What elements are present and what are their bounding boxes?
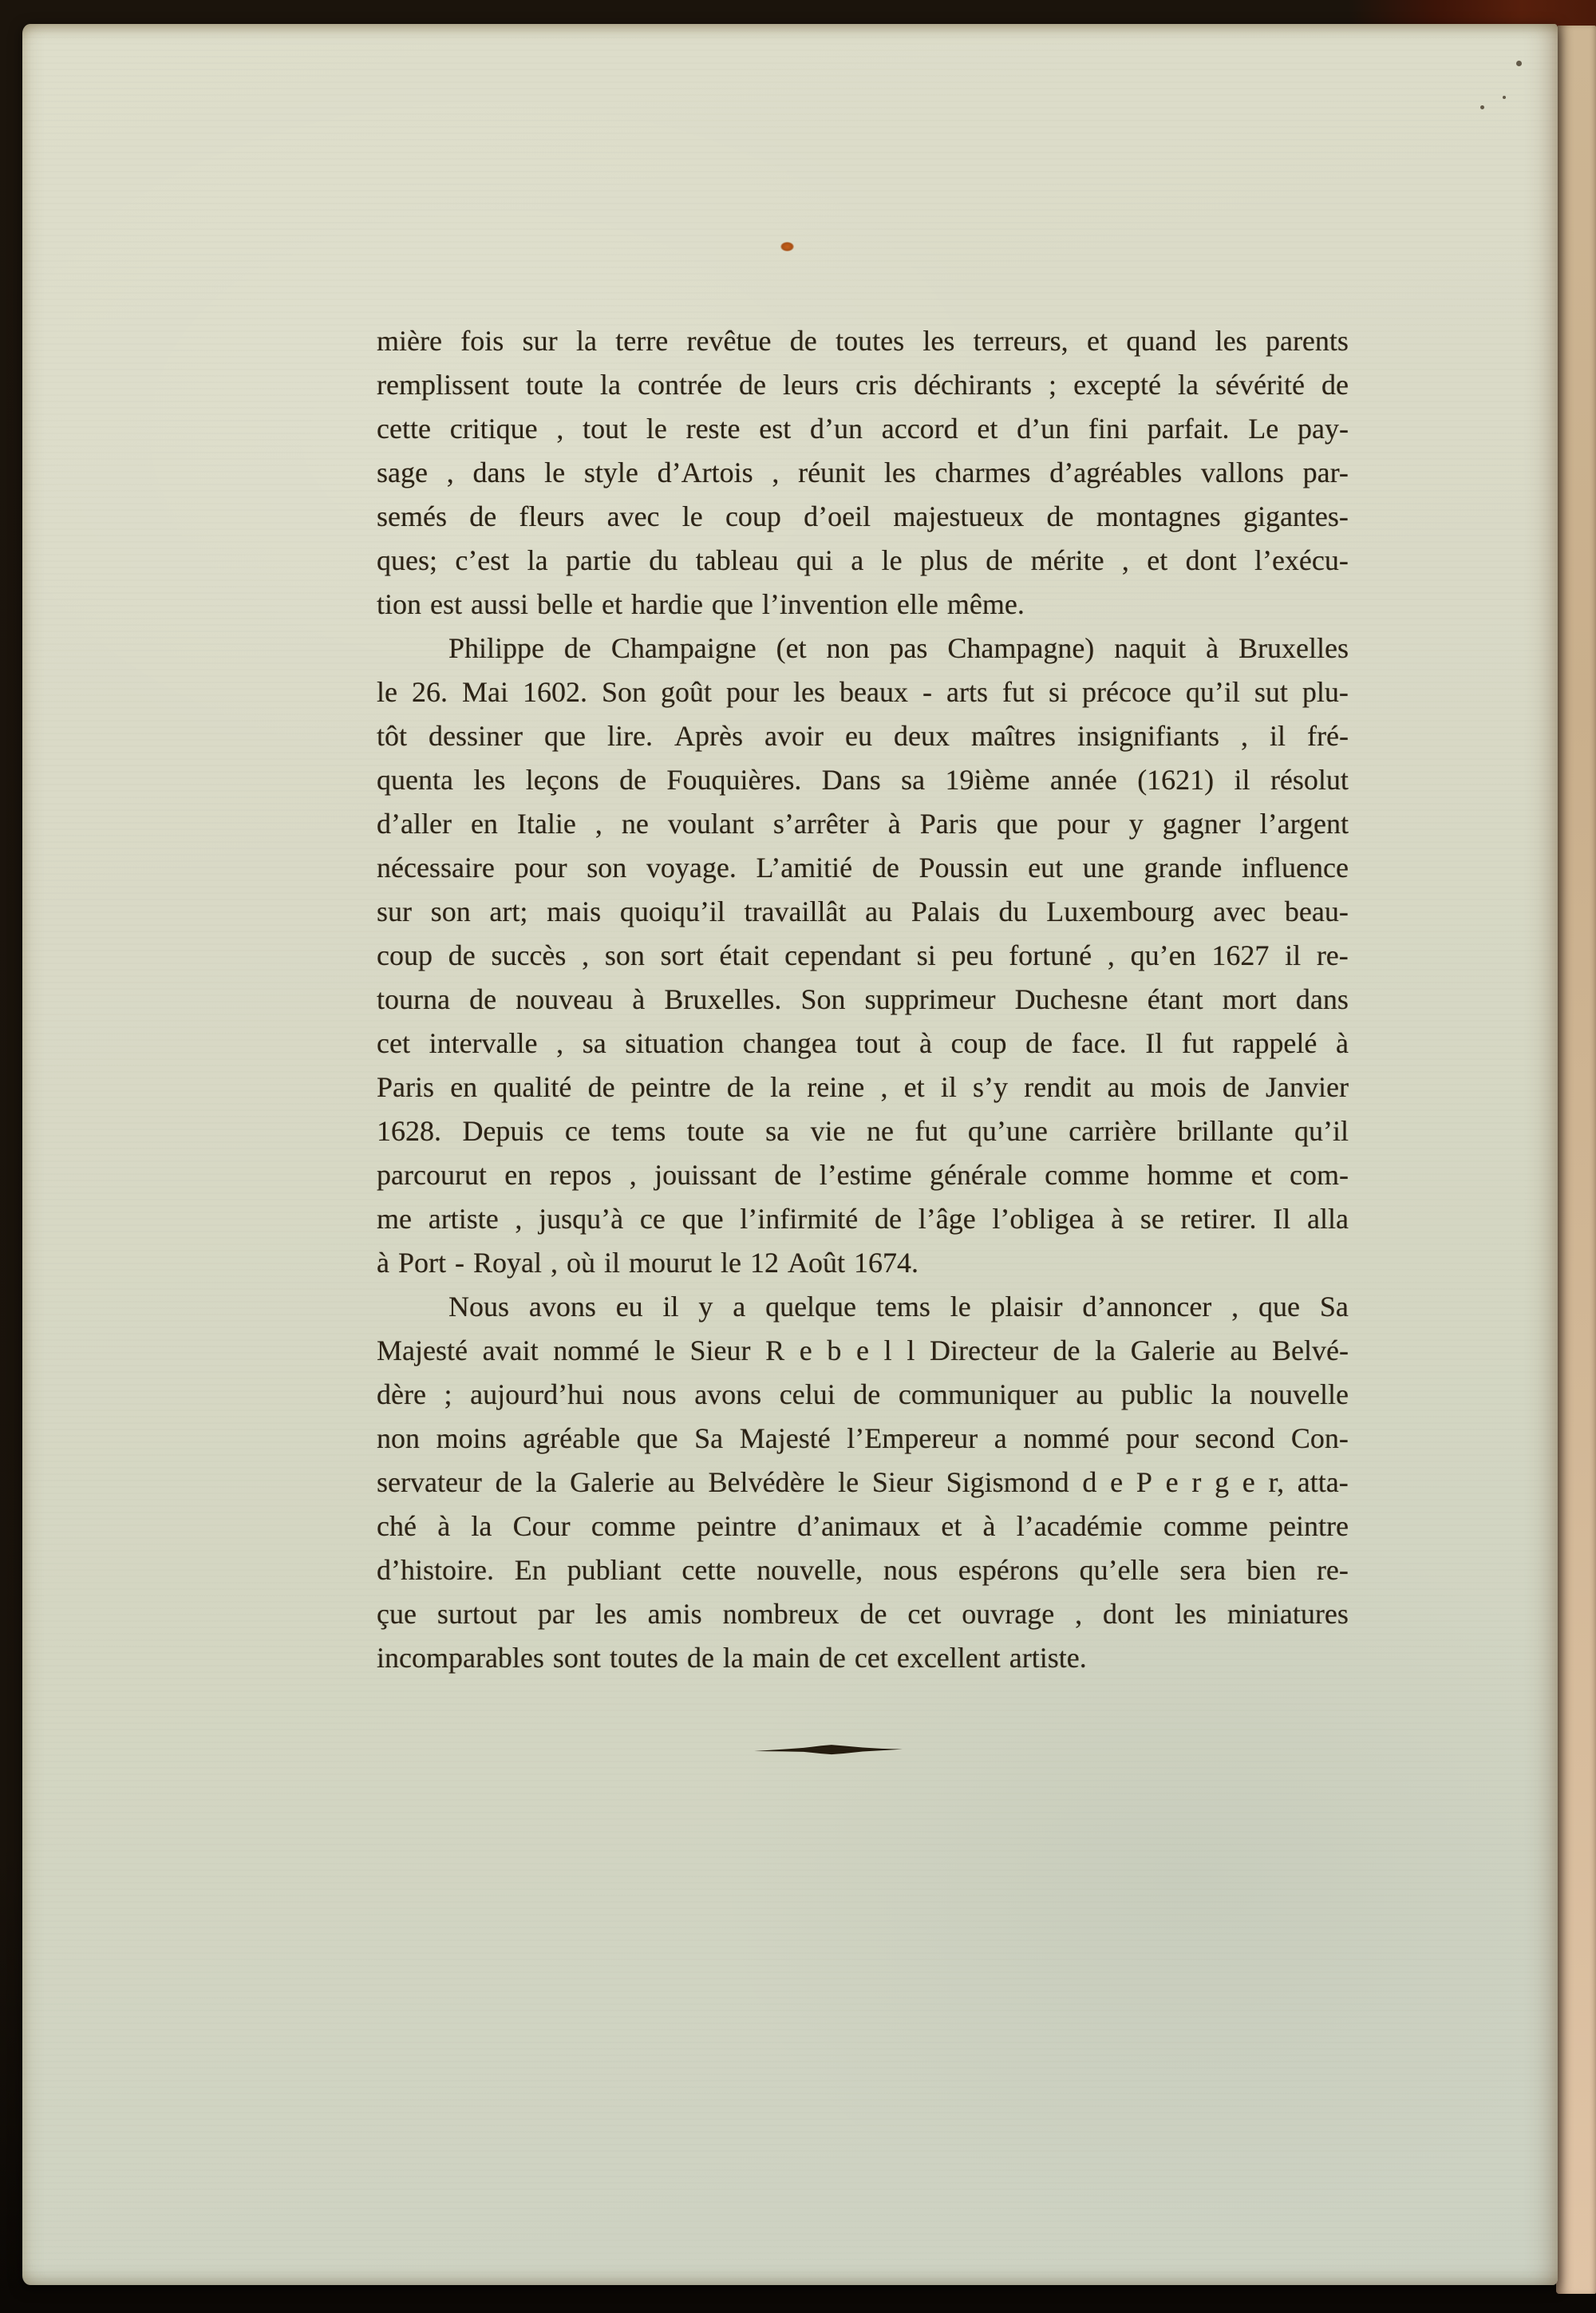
text-line: àPort-Royal,oùilmourutle12Août1674. [377,1241,1349,1285]
text-line: cetintervalle,sasituationchangeatoutàcou… [377,1022,1349,1066]
text-line: coupdesuccès,sonsortétaitcependantsipeuf… [377,934,1349,978]
text-line: semésdefleursaveclecoupd’oeilmajestueuxd… [377,495,1349,539]
text-line: tionestaussibelleethardiequel’inventione… [377,583,1349,627]
text-line: nécessairepoursonvoyage.L’amitiédePoussi… [377,846,1349,890]
text-line: chéàlaCourcommepeintred’animauxetàl’acad… [377,1504,1349,1548]
text-line: 1628.Depuiscetemstoutesavienefutqu’uneca… [377,1109,1349,1153]
text-line: tournadenouveauàBruxelles.SonsupprimeurD… [377,978,1349,1022]
book-scan: mièrefoissurlaterrerevêtuedetouteslester… [0,0,1596,2313]
text-line: le26.Mai1602.Songoûtpourlesbeaux-artsfut… [377,670,1349,714]
page-text: mièrefoissurlaterrerevêtuedetouteslester… [377,319,1349,1680]
text-line: quentalesleçonsdeFouquières.Danssa19ième… [377,758,1349,802]
paragraph-belvedere-announcement: Nousavonseuilyaquelquetemsleplaisird’ann… [377,1285,1349,1680]
paper-speck [1480,105,1484,109]
text-line: MajestéavaitnomméleSieurRebellDirecteurd… [377,1329,1349,1373]
text-line: incomparablessonttoutesdelamaindecetexce… [377,1636,1349,1680]
text-line: servateurdelaGalerieauBelvédèreleSieurSi… [377,1461,1349,1504]
paper-speck [1516,61,1522,66]
text-line: nonmoinsagréablequeSaMajestél’Empereuran… [377,1417,1349,1461]
text-line: parcourutenrepos,jouissantdel’estimegéné… [377,1153,1349,1197]
paragraph-champaigne-biography: PhilippedeChampaigne(etnonpasChampagne)n… [377,627,1349,1285]
text-line: remplissenttoutelacontréedeleurscrisdéch… [377,363,1349,407]
text-line: dère;aujourd’huinousavonsceluidecommuniq… [377,1373,1349,1417]
text-line: Nousavonseuilyaquelquetemsleplaisird’ann… [377,1285,1349,1329]
foxing-spot [780,242,794,251]
tapered-rule-glyph [754,1743,903,1757]
paragraph-continuation: mièrefoissurlaterrerevêtuedetouteslester… [377,319,1349,627]
text-line: d’histoire.Enpubliantcettenouvelle,nouse… [377,1548,1349,1592]
text-line: sage,danslestyled’Artois,réunitlescharme… [377,451,1349,495]
adjacent-page-fore-edge [1556,26,1596,2294]
paper-speck [1503,96,1506,99]
text-line: çuesurtoutparlesamisnombreuxdecetouvrage… [377,1592,1349,1636]
text-line: PhilippedeChampaigne(etnonpasChampagne)n… [377,627,1349,670]
text-line: sursonart;maisquoiqu’iltravaillâtauPalai… [377,890,1349,934]
text-line: mièrefoissurlaterrerevêtuedetouteslester… [377,319,1349,363]
text-line: ques;c’estlapartiedutableauquialeplusdem… [377,539,1349,583]
text-line: cettecritique,toutleresteestd’unaccordet… [377,407,1349,451]
section-divider-rule [754,1743,903,1757]
text-line: tôtdessinerquelire.Aprèsavoireudeuxmaîtr… [377,714,1349,758]
text-line: Parisenqualitédepeintredelareine,etils’y… [377,1066,1349,1109]
book-page: mièrefoissurlaterrerevêtuedetouteslester… [22,24,1558,2285]
text-line: d’allerenItalie,nevoulants’arrêteràParis… [377,802,1349,846]
text-line: meartiste,jusqu’àcequel’infirmitédel’âge… [377,1197,1349,1241]
